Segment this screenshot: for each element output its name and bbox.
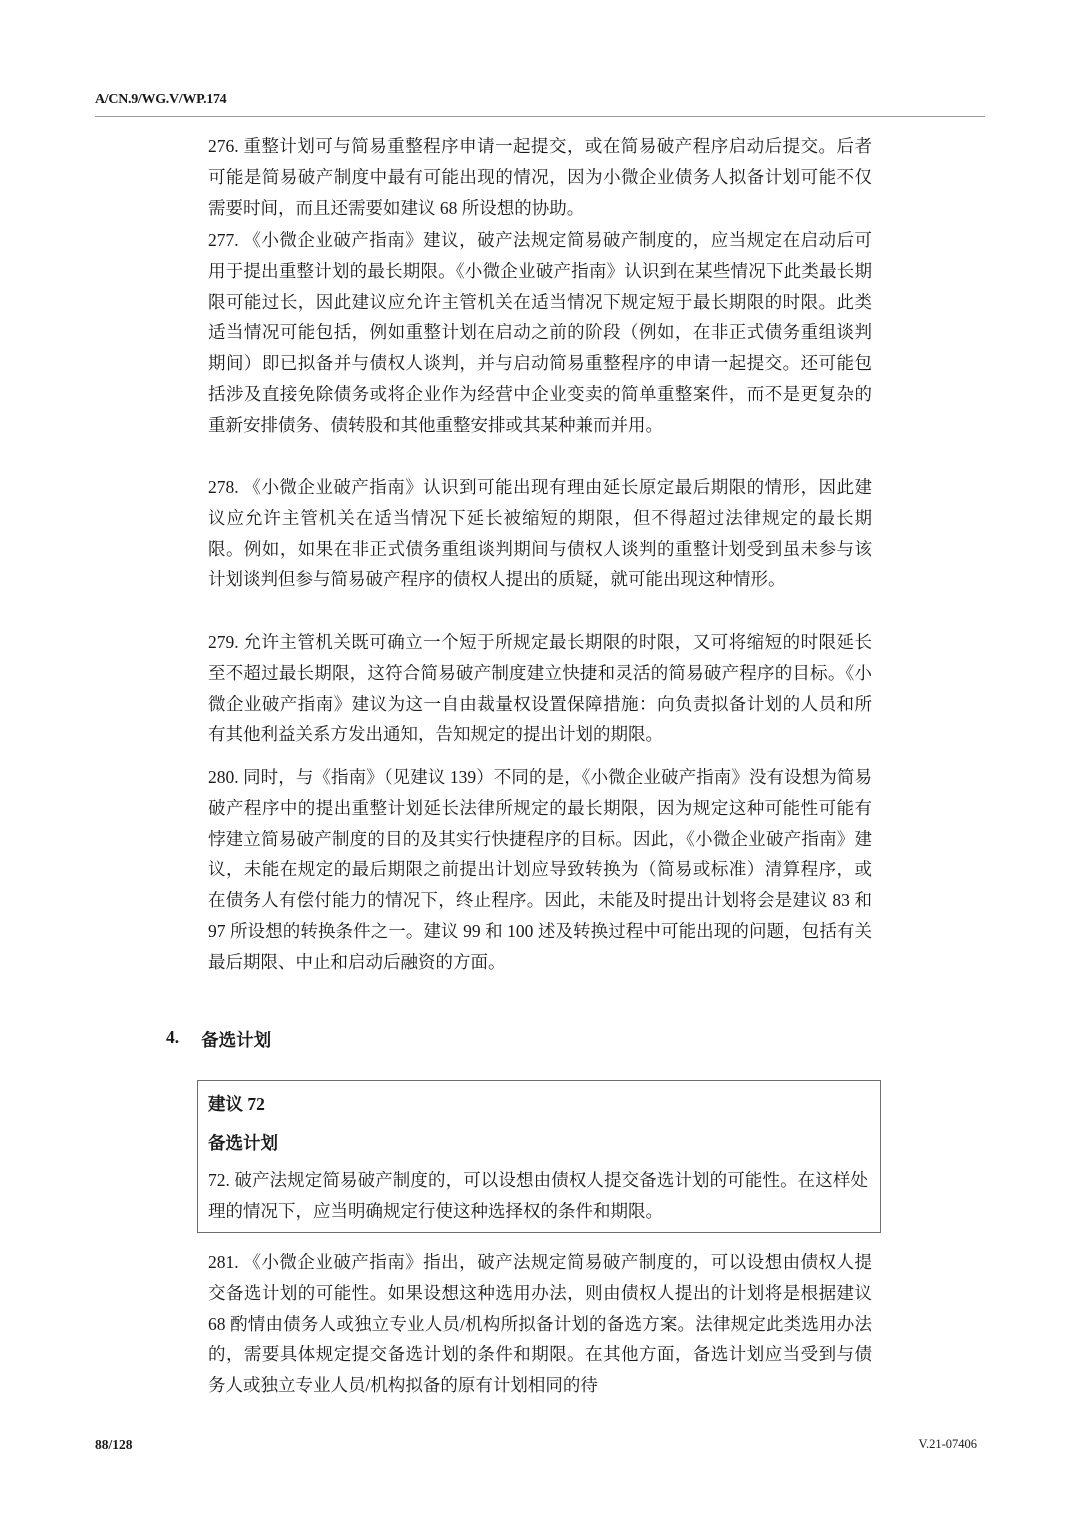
section-title: 备选计划 — [201, 1027, 271, 1052]
paragraph-277: 277. 《小微企业破产指南》建议，破产法规定简易破产制度的，应当规定在启动后可… — [208, 225, 872, 441]
paragraph-278: 278. 《小微企业破产指南》认识到可能出现有理由延长原定最后期限的情形，因此建… — [208, 472, 872, 595]
paragraph-281: 281. 《小微企业破产指南》指出，破产法规定简易破产制度的，可以设想由债权人提… — [208, 1247, 872, 1401]
paragraph-276: 276. 重整计划可与简易重整程序申请一起提交，或在简易破产程序启动后提交。后者… — [208, 131, 872, 223]
section-number: 4. — [166, 1027, 179, 1052]
recommendation-subtitle: 备选计划 — [208, 1130, 278, 1155]
document-code: A/CN.9/WG.V/WP.174 — [95, 92, 226, 108]
recommendation-title: 建议 72 — [208, 1091, 265, 1116]
paragraph-279: 279. 允许主管机关既可确立一个短于所规定最长期限的时限，又可将缩短的时限延长… — [208, 627, 872, 750]
recommendation-box: 建议 72 备选计划 72. 破产法规定简易破产制度的，可以设想由债权人提交备选… — [197, 1080, 881, 1233]
page-number: 88/128 — [95, 1437, 133, 1453]
header-divider — [95, 116, 985, 117]
paragraph-280: 280. 同时，与《指南》（见建议 139）不同的是，《小微企业破产指南》没有设… — [208, 762, 872, 978]
document-number: V.21-07406 — [919, 1437, 977, 1452]
recommendation-text: 72. 破产法规定简易破产制度的，可以设想由债权人提交备选计划的可能性。在这样处… — [208, 1165, 868, 1226]
section-heading: 4. 备选计划 — [166, 1027, 271, 1052]
